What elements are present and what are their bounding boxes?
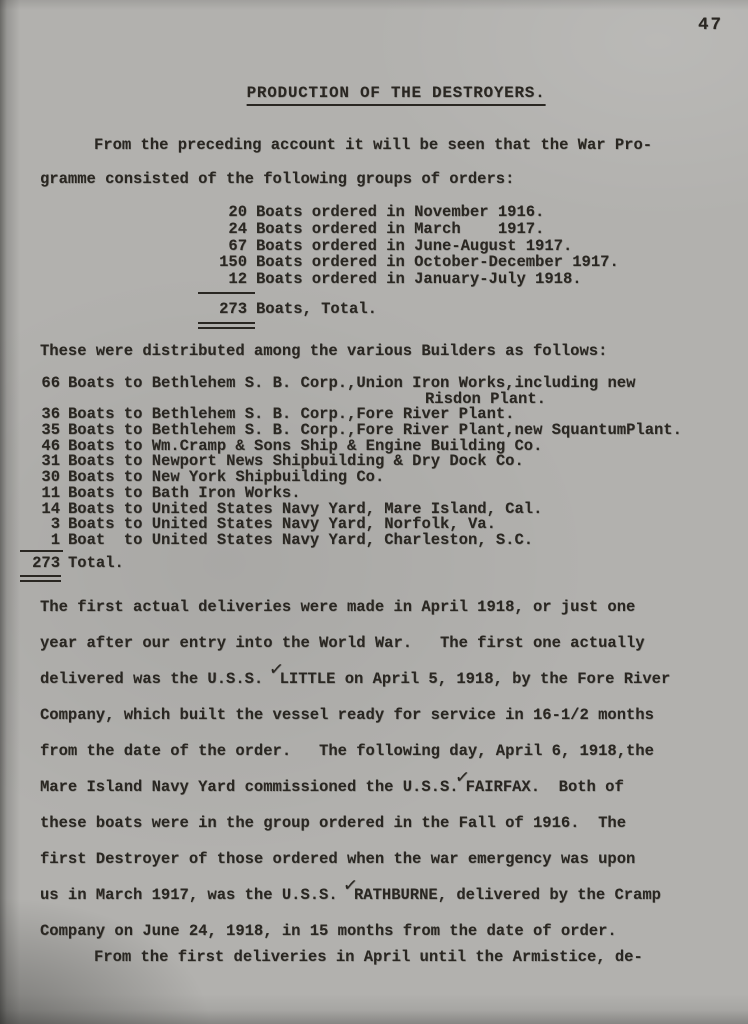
line-segment: RATHBURNE, delivered by the Cramp [354,886,661,904]
paragraph-line: from the date of the order. The followin… [40,733,670,769]
page-number: 47 [698,15,723,35]
builders-total-text: Total. [60,554,124,572]
paragraph-line: The first actual deliveries were made in… [40,589,670,625]
builder-row: 1Boat to United States Navy Yard, Charle… [0,533,682,549]
order-text: Boats ordered in January-July 1918. [247,270,582,288]
order-qty: 150 [0,254,247,271]
order-row: 67Boats ordered in June-August 1917. [0,238,619,255]
double-rule [198,322,255,329]
paragraph-line: year after our entry into the World War.… [40,625,670,661]
paragraph-line: Company on June 24, 1918, in 15 months f… [40,913,670,949]
order-qty: 67 [0,238,247,255]
order-qty: 20 [0,204,247,221]
orders-total-row: 273Boats, Total. [0,301,619,318]
checkmark-annotation: ✓ [456,778,468,779]
order-text: Boats ordered in June-August 1917. [247,237,572,255]
document-title: PRODUCTION OF THE DESTROYERS. [247,84,546,106]
order-row: 12Boats ordered in January-July 1918. [0,271,619,288]
intro-paragraph: From the preceding account it will be se… [40,135,652,203]
builders-total-qty: 273 [0,555,60,571]
checkmark-annotation: ✓ [270,670,282,671]
line-segment: delivered was the U.S.S. [40,670,273,688]
paragraph-line: Company, which built the vessel ready fo… [40,697,670,733]
order-text: Boats ordered in October-December 1917. [247,253,619,271]
builders-list: 66Boats to Bethlehem S. B. Corp.,Union I… [0,376,682,582]
double-rule [20,575,61,582]
paragraph-line: us in March 1917, was the U.S.S. ✓RATHBU… [40,877,670,913]
sum-rule [198,292,255,294]
builder-text: Boat to United States Navy Yard, Charles… [60,531,533,549]
builder-qty: 66 [0,376,60,392]
paragraph-line: delivered was the U.S.S. ✓LITTLE on Apri… [40,661,670,697]
line-segment: FAIRFAX. Both of [466,778,624,796]
order-qty: 24 [0,221,247,238]
paragraph-line: these boats were in the group ordered in… [40,805,670,841]
line-segment: Mare Island Navy Yard commissioned the U… [40,778,459,796]
intro-line: gramme consisted of the following groups… [40,169,652,203]
order-qty: 12 [0,271,247,288]
intro-line: From the preceding account it will be se… [40,135,652,169]
orders-list: 20Boats ordered in November 1916. 24Boat… [0,204,619,329]
builders-total-row: 273Total. [0,555,682,571]
line-segment: us in March 1917, was the U.S.S. [40,886,347,904]
closing-line: From the first deliveries in April until… [94,948,643,966]
paragraph-line: Mare Island Navy Yard commissioned the U… [40,769,670,805]
orders-total-qty: 273 [0,301,247,318]
body-paragraph: The first actual deliveries were made in… [40,589,670,949]
scanned-document-page: 47 PRODUCTION OF THE DESTROYERS. From th… [0,0,748,1024]
line-segment: LITTLE on April 5, 1918, by the Fore Riv… [280,670,671,688]
order-row: 20Boats ordered in November 1916. [0,204,619,221]
order-text: Boats ordered in November 1916. [247,203,544,221]
builder-text: Boats to Bethlehem S. B. Corp.,Union Iro… [60,374,635,392]
builders-heading: These were distributed among the various… [40,342,607,360]
order-text: Boats ordered in March 1917. [247,220,544,238]
orders-total-text: Boats, Total. [247,300,377,318]
order-row: 150Boats ordered in October-December 191… [0,254,619,271]
order-row: 24Boats ordered in March 1917. [0,221,619,238]
paragraph-line: first Destroyer of those ordered when th… [40,841,670,877]
builder-qty: 1 [0,533,60,549]
sum-rule [20,550,63,552]
checkmark-annotation: ✓ [344,886,356,887]
builder-row: 66Boats to Bethlehem S. B. Corp.,Union I… [0,376,682,392]
